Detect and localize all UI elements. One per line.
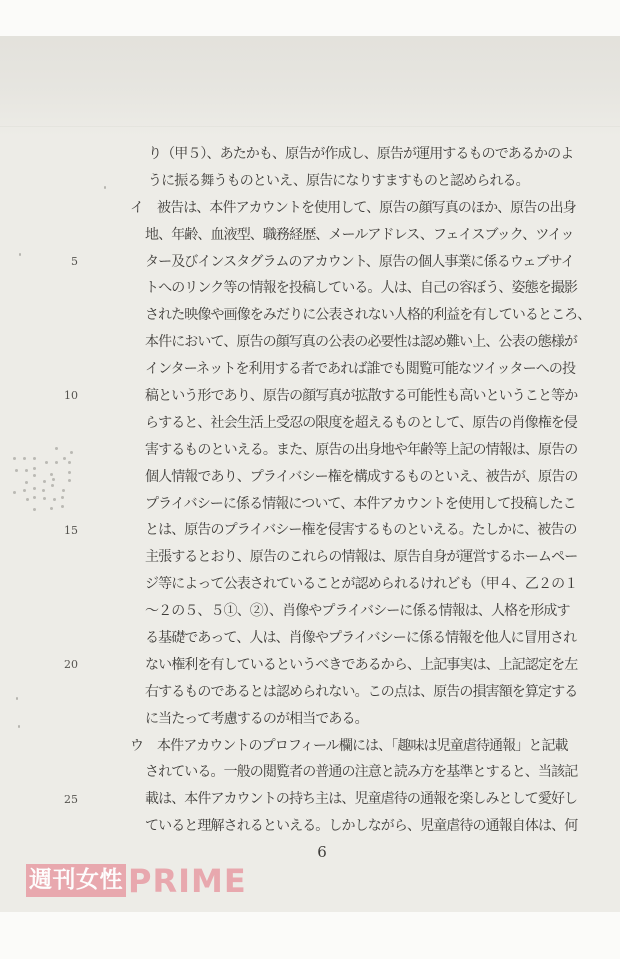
emboss-dot xyxy=(70,451,73,454)
watermark-prime-logo: PRIME xyxy=(128,864,247,897)
line-text: 右するものであるとは認められない。この点は、原告の損害額を算定する xyxy=(145,684,577,700)
line-text: 本件アカウントのプロフィール欄には、「趣味は児童虐待通報」と記載 xyxy=(157,738,568,754)
line-text: 稿という形であり、原告の顔写真が拡散する可能性も高いということ等か xyxy=(145,388,577,404)
line-text: る基礎であって、人は、肖像やプライバシーに係る情報を他人に冒用され xyxy=(145,630,576,646)
document-line: らすると、社会生活上受忍の限度を超えるものとして、原告の肖像権を侵 xyxy=(0,410,620,437)
document-line: 右するものであるとは認められない。この点は、原告の損害額を算定する xyxy=(0,679,620,706)
line-text: されている。一般の閲覧者の普通の注意と読み方を基準とすると、当該記 xyxy=(145,764,577,780)
document-line: ～２の５、５①、②）、肖像やプライバシーに係る情報は、人格を形成す xyxy=(0,598,620,625)
emboss-dot xyxy=(51,484,54,487)
emboss-dot xyxy=(33,487,36,490)
line-text: 主張するとおり、原告のこれらの情報は、原告自身が運営するホームペー xyxy=(145,549,577,565)
document-line: に当たって考慮するのが相当である。 xyxy=(0,706,620,733)
scanned-court-document-page: り（甲５）、あたかも、原告が作成し、原告が運用するものであるかのように振る舞うも… xyxy=(0,0,620,959)
emboss-dot xyxy=(61,496,64,499)
line-text: 被告は、本件アカウントを使用して、原告の顔写真のほか、原告の出身 xyxy=(157,200,576,216)
line-text: うに振る舞うものといえ、原告になりすますものと認められる。 xyxy=(148,173,529,189)
document-line: 本件において、原告の顔写真の公表の必要性は認め難い上、公表の態様が xyxy=(0,329,620,356)
item-label: イ xyxy=(130,195,157,222)
line-text: プライバシーに係る情報について、本件アカウントを使用して投稿したこ xyxy=(145,496,576,512)
line-text: に当たって考慮するのが相当である。 xyxy=(145,711,368,727)
line-text: された映像や画像をみだりに公表されない人格的利益を有しているところ、 xyxy=(145,307,590,323)
emboss-dot xyxy=(33,496,36,499)
line-number: 20 xyxy=(56,658,78,671)
line-text: 載は、本件アカウントの持ち主は、児童虐待の通報を楽しみとして愛好し xyxy=(145,791,577,807)
document-line: 主張するとおり、原告のこれらの情報は、原告自身が運営するホームペー xyxy=(0,544,620,571)
line-text: とは、原告のプライバシー権を侵害するものといえる。たしかに、被告の xyxy=(145,522,577,538)
emboss-dot xyxy=(13,491,16,494)
document-line: プライバシーに係る情報について、本件アカウントを使用して投稿したこ xyxy=(0,491,620,518)
document-line: とは、原告のプライバシー権を侵害するものといえる。たしかに、被告の xyxy=(0,517,620,544)
document-line: り（甲５）、あたかも、原告が作成し、原告が運用するものであるかのよ xyxy=(0,141,620,168)
line-number: 5 xyxy=(56,255,78,268)
emboss-dot xyxy=(68,471,71,474)
document-line: ウ本件アカウントのプロフィール欄には、「趣味は児童虐待通報」と記載 xyxy=(0,733,620,760)
emboss-dot xyxy=(45,461,48,464)
document-line: る基礎であって、人は、肖像やプライバシーに係る情報を他人に冒用され xyxy=(0,625,620,652)
scan-speck xyxy=(104,186,106,189)
line-text: ていると理解されるといえる。しかしながら、児童虐待の通報自体は、何 xyxy=(145,818,577,834)
emboss-dot xyxy=(55,461,58,464)
document-line: ない権利を有しているというべきであるから、上記事実は、上記認定を左 xyxy=(0,652,620,679)
emboss-dot xyxy=(62,489,65,492)
emboss-dot xyxy=(68,479,71,482)
emboss-dot xyxy=(43,497,46,500)
emboss-dot xyxy=(33,474,36,477)
line-text: 地、年齢、血液型、職務経歴、メールアドレス、フェイスブック、ツイッ xyxy=(145,227,574,243)
line-text: ター及びインスタグラムのアカウント、原告の個人事業に係るウェブサイ xyxy=(145,254,574,270)
emboss-dot xyxy=(33,467,36,470)
emboss-dot xyxy=(26,498,29,501)
line-number: 15 xyxy=(56,524,78,537)
line-text: 害するものといえる。また、原告の出身地や年齢等上記の情報は、原告の xyxy=(145,442,577,458)
line-text: ジ等によって公表されていることが認められるけれども（甲４、乙２の１ xyxy=(145,576,577,592)
document-line: ター及びインスタグラムのアカウント、原告の個人事業に係るウェブサイ xyxy=(0,249,620,276)
line-number: 25 xyxy=(56,793,78,806)
line-text: らすると、社会生活上受忍の限度を超えるものとして、原告の肖像権を侵 xyxy=(145,415,577,431)
shukan-josei-prime-watermark: 週刊女性 PRIME xyxy=(26,864,247,897)
document-line: ジ等によって公表されていることが認められるけれども（甲４、乙２の１ xyxy=(0,571,620,598)
document-line: ていると理解されるといえる。しかしながら、児童虐待の通報自体は、何 xyxy=(0,813,620,840)
watermark-jp-logo: 週刊女性 xyxy=(26,864,126,897)
document-line: トへのリンク等の情報を投稿している。人は、自己の容ぼう、姿態を撮影 xyxy=(0,275,620,302)
line-text: ない権利を有しているというべきであるから、上記事実は、上記認定を左 xyxy=(145,657,577,673)
emboss-dot xyxy=(50,507,53,510)
scan-speck xyxy=(16,697,18,700)
emboss-dot xyxy=(33,457,36,460)
document-line: 載は、本件アカウントの持ち主は、児童虐待の通報を楽しみとして愛好し xyxy=(0,786,620,813)
document-line: された映像や画像をみだりに公表されない人格的利益を有しているところ、 xyxy=(0,302,620,329)
emboss-dot xyxy=(50,473,53,476)
emboss-dot xyxy=(33,508,36,511)
emboss-dot xyxy=(42,489,45,492)
line-text: トへのリンク等の情報を投稿している。人は、自己の容ぼう、姿態を撮影 xyxy=(145,280,577,296)
item-label: ウ xyxy=(130,733,157,760)
line-text: 本件において、原告の顔写真の公表の必要性は認め難い上、公表の態様が xyxy=(145,334,577,350)
line-text: インターネットを利用する者であれば誰でも閲覧可能なツイッターへの投 xyxy=(145,361,575,377)
document-line: 個人情報であり、プライバシー権を構成するものといえ、被告が、原告の xyxy=(0,464,620,491)
emboss-dot xyxy=(23,489,26,492)
line-text: り（甲５）、あたかも、原告が作成し、原告が運用するものであるかのよ xyxy=(148,146,573,162)
emboss-dot xyxy=(13,457,16,460)
emboss-dot xyxy=(52,478,55,481)
document-line: 稿という形であり、原告の顔写真が拡散する可能性も高いということ等か xyxy=(0,383,620,410)
document-line: うに振る舞うものといえ、原告になりすますものと認められる。 xyxy=(0,168,620,195)
emboss-dot xyxy=(55,447,58,450)
document-line: 害するものといえる。また、原告の出身地や年齢等上記の情報は、原告の xyxy=(0,437,620,464)
emboss-dot xyxy=(25,469,28,472)
emboss-dot xyxy=(63,457,66,460)
emboss-dot xyxy=(15,469,18,472)
emboss-dot xyxy=(25,481,28,484)
document-line: されている。一般の閲覧者の普通の注意と読み方を基準とすると、当該記 xyxy=(0,759,620,786)
line-number: 10 xyxy=(56,389,78,402)
page-number: 6 xyxy=(24,839,620,866)
emboss-dot xyxy=(43,480,46,483)
line-text: 個人情報であり、プライバシー権を構成するものといえ、被告が、原告の xyxy=(145,469,577,485)
document-line: 地、年齢、血液型、職務経歴、メールアドレス、フェイスブック、ツイッ xyxy=(0,222,620,249)
judgment-text-block: り（甲５）、あたかも、原告が作成し、原告が運用するものであるかのように振る舞うも… xyxy=(0,141,620,840)
line-text: ～２の５、５①、②）、肖像やプライバシーに係る情報は、人格を形成す xyxy=(145,603,570,619)
emboss-dot xyxy=(53,498,56,501)
emboss-dot xyxy=(61,505,64,508)
scan-speck xyxy=(19,253,21,256)
emboss-dot xyxy=(23,457,26,460)
emboss-dot xyxy=(68,461,71,464)
document-line: イ被告は、本件アカウントを使用して、原告の顔写真のほか、原告の出身 xyxy=(0,195,620,222)
document-line: インターネットを利用する者であれば誰でも閲覧可能なツイッターへの投 xyxy=(0,356,620,383)
scan-speck xyxy=(18,725,20,728)
